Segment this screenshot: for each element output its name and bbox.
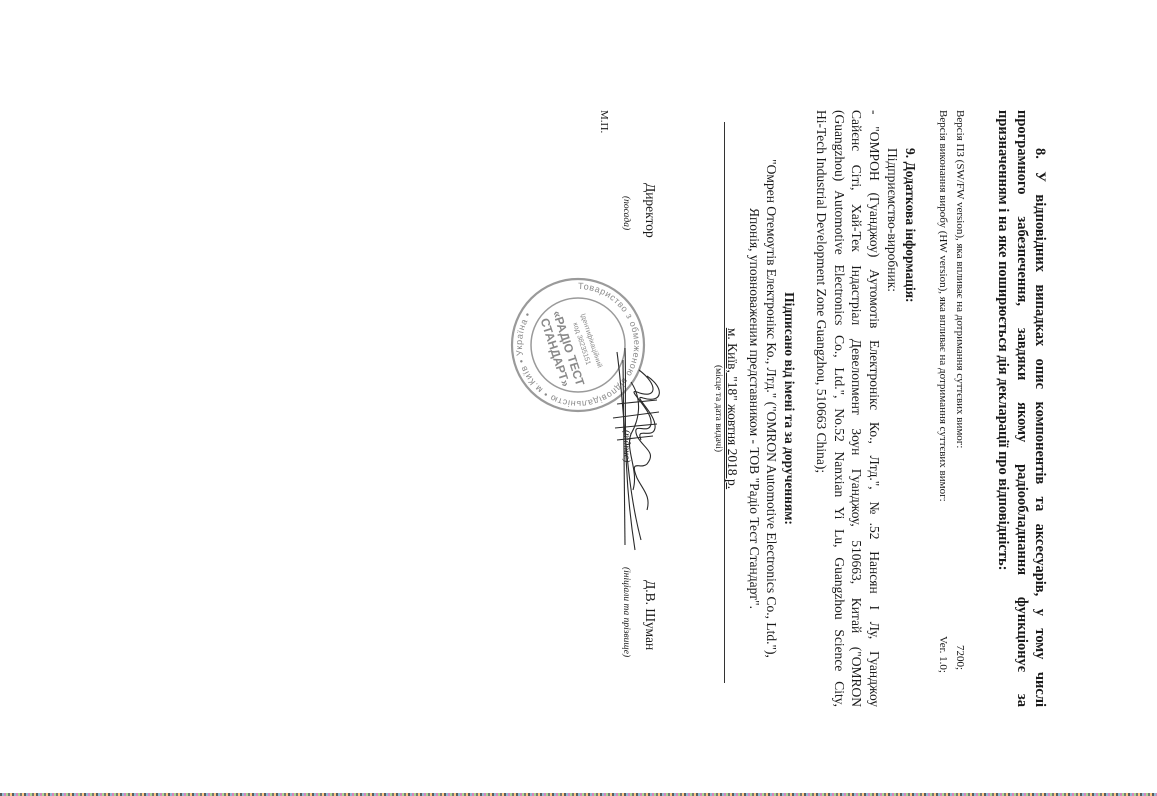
seal-label: М.П. xyxy=(598,110,609,133)
horizontal-rule xyxy=(724,122,725,683)
signed-line-2: Японія, уповноваженим представником - ТО… xyxy=(748,110,762,707)
manufacturer-line-2: Сайєнс Сіті, Хай-Тек Індастріал Девелопм… xyxy=(850,110,864,707)
document-page: 8. У відповідних випадках опис компонент… xyxy=(0,0,1157,796)
place-and-date-caption: (місце та дата видачі) xyxy=(713,110,723,707)
signatory-position: Директор xyxy=(644,183,658,238)
section-8-heading-line-3: призначенням і на яке поширюється дія де… xyxy=(996,110,1011,570)
signed-line-1: "Омрен Отемоутів Електронікс Ко., Лтд." … xyxy=(765,110,779,707)
section-8-heading-line-2: програмного забезпечення, завдяки якому … xyxy=(1015,110,1030,707)
hw-version-value: Ver. 1.0; xyxy=(937,636,948,673)
signatory-name: Д.В. Шуман xyxy=(644,580,658,650)
place-and-date: м. Київ, "18" жовтня 2018 р. xyxy=(726,110,740,707)
sw-version-value: 7200; xyxy=(954,645,965,670)
signed-heading: Підписано від імені та за дорученням: xyxy=(783,110,797,707)
hw-version-label: Версія виконання виробу (HW version), як… xyxy=(937,110,948,502)
sw-version-label: Версія ПЗ (SW/FW version), яка впливає н… xyxy=(954,110,965,448)
manufacturer-line-1: - "ОМРОН (Гуанджоу) Аутомотів Електронік… xyxy=(868,110,882,707)
manufacturer-label: Підприємство-виробник: xyxy=(886,148,900,292)
handwritten-signature xyxy=(567,340,687,560)
section-8-heading-line-1: 8. У відповідних випадках опис компонент… xyxy=(1033,148,1048,707)
position-caption: (посада) xyxy=(621,196,631,230)
name-caption: (ініціали та прізвище) xyxy=(621,567,631,657)
manufacturer-line-4: Hi-Tech Industrial Development Zone Guan… xyxy=(815,110,829,473)
section-9-heading: 9. Додаткова інформація: xyxy=(904,148,918,303)
manufacturer-line-3: (Guangzhou) Automotive Electronics Co., … xyxy=(833,110,847,707)
